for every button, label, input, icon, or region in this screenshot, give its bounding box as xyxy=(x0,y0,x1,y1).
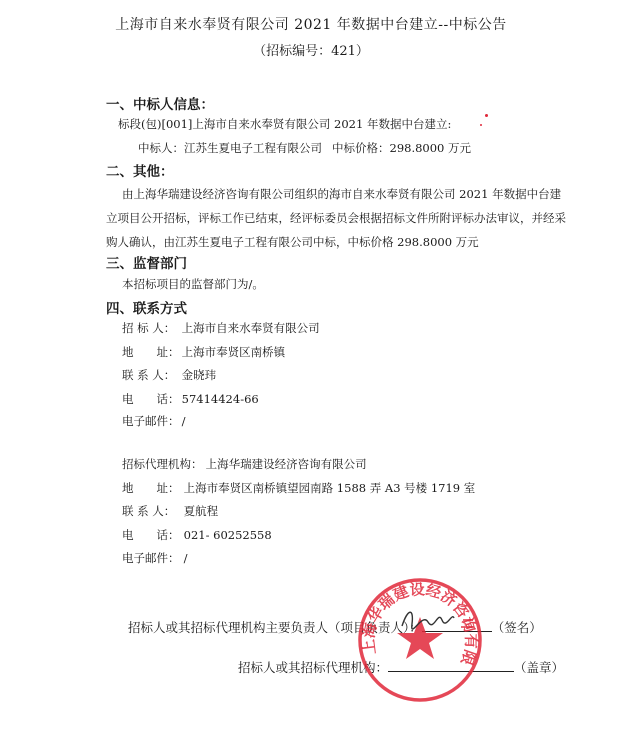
seal-suffix: （盖章） xyxy=(514,660,564,675)
section-heading-other: 二、其他： xyxy=(106,160,174,180)
red-speck xyxy=(480,124,482,126)
field-label: 联 系 人： xyxy=(122,367,178,383)
seal-icon: 上海华瑞建设经济咨询有限公司 xyxy=(355,575,485,705)
field-value: 上海华瑞建设经济咨询有限公司 xyxy=(206,457,367,471)
tender-number: （招标编号：421） xyxy=(0,40,622,59)
field-value: 上海市奉贤区南桥镇 xyxy=(182,345,286,359)
field-value: 上海市奉贤区南桥镇望园南路 1588 弄 A3 号楼 1719 室 xyxy=(184,481,476,495)
section-heading-supervision: 三、监督部门 xyxy=(106,252,187,272)
field-label: 地 址： xyxy=(122,480,180,496)
paragraph-line-1: 由上海华瑞建设经济咨询有限公司组织的海市自来水奉贤有限公司 2021 年数据中台… xyxy=(122,186,561,202)
tenderer-row: 招 标 人： 上海市自来水奉贤有限公司 xyxy=(122,320,320,336)
field-value: / xyxy=(184,551,188,565)
handwritten-signature-icon xyxy=(398,604,458,634)
field-label: 地 址： xyxy=(122,344,178,360)
lot-line: 标段(包)[001]上海市自来水奉贤有限公司 2021 年数据中台建立: xyxy=(118,116,451,132)
red-speck xyxy=(485,114,488,117)
agency-row: 联 系 人： 夏航程 xyxy=(122,503,218,519)
paragraph-line-2: 立项目公开招标，评标工作已结束，经评标委员会根据招标文件所附评标办法审议，并经采 xyxy=(106,210,566,226)
field-label: 招标代理机构： xyxy=(122,456,202,472)
tenderer-row: 电子邮件： / xyxy=(122,413,186,429)
document-title: 上海市自来水奉贤有限公司 2021 年数据中台建立--中标公告 xyxy=(0,14,622,34)
signature-suffix: （签名） xyxy=(492,620,542,635)
field-label: 电 话： xyxy=(122,527,180,543)
tenderer-row: 地 址： 上海市奉贤区南桥镇 xyxy=(122,344,285,360)
winner-name: 中标人：江苏生夏电子工程有限公司 xyxy=(138,140,322,156)
field-value: / xyxy=(182,414,186,428)
agency-row: 招标代理机构： 上海华瑞建设经济咨询有限公司 xyxy=(122,456,367,472)
section-heading-contact: 四、联系方式 xyxy=(106,297,187,317)
field-label: 电 话： xyxy=(122,391,178,407)
tenderer-row: 电 话： 57414424-66 xyxy=(122,391,259,407)
field-label: 电子邮件： xyxy=(122,413,178,429)
winning-price: 中标价格：298.8000 万元 xyxy=(332,140,471,156)
agency-row: 地 址： 上海市奉贤区南桥镇望园南路 1588 弄 A3 号楼 1719 室 xyxy=(122,480,475,496)
field-value: 021- 60252558 xyxy=(184,528,272,542)
paragraph-line-3: 购人确认，由江苏生夏电子工程有限公司中标，中标价格 298.8000 万元 xyxy=(106,234,479,250)
field-value: 金晓玮 xyxy=(182,368,217,382)
section-heading-winner: 一、中标人信息： xyxy=(106,93,214,113)
agency-row: 电 话： 021- 60252558 xyxy=(122,527,272,543)
field-label: 电子邮件： xyxy=(122,550,180,566)
official-seal-stamp: 上海华瑞建设经济咨询有限公司 xyxy=(355,575,485,705)
field-value: 夏航程 xyxy=(184,504,219,518)
field-value: 上海市自来水奉贤有限公司 xyxy=(182,321,320,335)
field-value: 57414424-66 xyxy=(182,392,259,406)
agency-row: 电子邮件： / xyxy=(122,550,188,566)
supervision-line: 本招标项目的监督部门为/。 xyxy=(122,276,264,292)
field-label: 招 标 人： xyxy=(122,320,178,336)
field-label: 联 系 人： xyxy=(122,503,180,519)
tenderer-row: 联 系 人： 金晓玮 xyxy=(122,367,216,383)
